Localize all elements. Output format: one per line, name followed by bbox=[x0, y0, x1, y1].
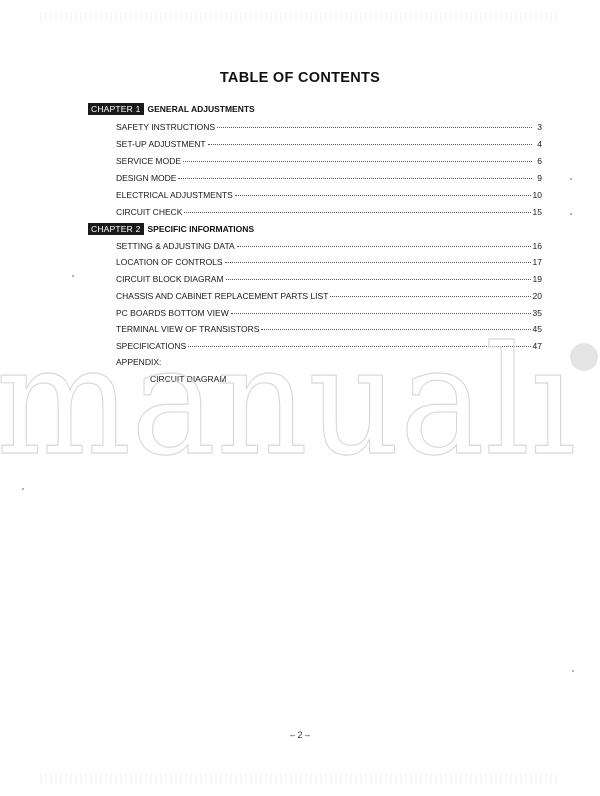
leader-dots bbox=[178, 178, 532, 179]
appendix-label: APPENDIX: bbox=[116, 357, 161, 367]
scan-speck bbox=[72, 275, 74, 277]
toc-entry[interactable]: SETTING & ADJUSTING DATA 16 bbox=[116, 241, 542, 251]
toc-entry[interactable]: PC BOARDS BOTTOM VIEW 35 bbox=[116, 308, 542, 318]
toc-entry-label: SPECIFICATIONS bbox=[116, 341, 186, 351]
scan-speck bbox=[572, 670, 574, 672]
leader-dots bbox=[183, 161, 532, 162]
toc-entry-page: 16 bbox=[533, 241, 542, 251]
toc-entry-page: 20 bbox=[533, 291, 542, 301]
scan-speck bbox=[570, 178, 572, 180]
toc-entry-page: 45 bbox=[533, 324, 542, 334]
toc-entry-label: CIRCUIT CHECK bbox=[116, 207, 182, 217]
toc-entry[interactable]: SERVICE MODE 6 bbox=[116, 156, 542, 166]
toc-entry-page: 35 bbox=[533, 308, 542, 318]
toc-entry-label: TERMINAL VIEW OF TRANSISTORS bbox=[116, 324, 259, 334]
watermark-manuali: manualı bbox=[0, 335, 600, 485]
leader-dots bbox=[225, 262, 531, 263]
toc-entry-page: 17 bbox=[533, 257, 542, 267]
toc-entry[interactable]: SET-UP ADJUSTMENT 4 bbox=[116, 139, 542, 149]
toc-entry-page: 9 bbox=[534, 173, 542, 183]
leader-dots bbox=[237, 246, 531, 247]
toc-entry-page: 47 bbox=[533, 341, 542, 351]
toc-entry[interactable]: CIRCUIT BLOCK DIAGRAM 19 bbox=[116, 274, 542, 284]
leader-dots bbox=[231, 313, 531, 314]
toc-entry-page: 19 bbox=[533, 274, 542, 284]
leader-dots bbox=[235, 195, 531, 196]
scan-noise-bottom bbox=[40, 774, 560, 784]
toc-entry[interactable]: SPECIFICATIONS 47 bbox=[116, 341, 542, 351]
leader-dots bbox=[188, 346, 530, 347]
toc-entry-page: 4 bbox=[534, 139, 542, 149]
toc-entry-label: ELECTRICAL ADJUSTMENTS bbox=[116, 190, 233, 200]
chapter-1-badge: CHAPTER 1 bbox=[88, 103, 144, 115]
scan-speck bbox=[570, 213, 572, 215]
appendix-item-circuit-diagram[interactable]: CIRCUIT DIAGRAM bbox=[150, 374, 226, 384]
leader-dots bbox=[208, 144, 532, 145]
leader-dots bbox=[261, 329, 530, 330]
toc-entry[interactable]: TERMINAL VIEW OF TRANSISTORS 45 bbox=[116, 324, 542, 334]
toc-entry-page: 3 bbox=[534, 122, 542, 132]
svg-text:manualı: manualı bbox=[0, 335, 576, 485]
toc-entry-label: CIRCUIT BLOCK DIAGRAM bbox=[116, 274, 224, 284]
toc-entry-label: DESIGN MODE bbox=[116, 173, 176, 183]
toc-entry-label: PC BOARDS BOTTOM VIEW bbox=[116, 308, 229, 318]
toc-entry-page: 15 bbox=[533, 207, 542, 217]
toc-entry[interactable]: CHASSIS AND CABINET REPLACEMENT PARTS LI… bbox=[116, 291, 542, 301]
toc-entry-label: SAFETY INSTRUCTIONS bbox=[116, 122, 215, 132]
leader-dots bbox=[217, 127, 532, 128]
leader-dots bbox=[330, 296, 530, 297]
toc-entry-page: 10 bbox=[533, 190, 542, 200]
chapter-1-title: GENERAL ADJUSTMENTS bbox=[148, 104, 255, 114]
toc-entry[interactable]: DESIGN MODE 9 bbox=[116, 173, 542, 183]
chapter-1-heading: CHAPTER 1 GENERAL ADJUSTMENTS bbox=[88, 103, 255, 115]
leader-dots bbox=[226, 279, 531, 280]
scan-noise-top bbox=[40, 12, 560, 22]
toc-entry[interactable]: ELECTRICAL ADJUSTMENTS 10 bbox=[116, 190, 542, 200]
toc-entry-page: 6 bbox=[534, 156, 542, 166]
leader-dots bbox=[184, 212, 530, 213]
page-title: TABLE OF CONTENTS bbox=[0, 70, 600, 86]
page-number: – 2 – bbox=[0, 730, 600, 740]
chapter-2-badge: CHAPTER 2 bbox=[88, 223, 144, 235]
chapter-2-title: SPECIFIC INFORMATIONS bbox=[148, 224, 255, 234]
toc-entry-label: CHASSIS AND CABINET REPLACEMENT PARTS LI… bbox=[116, 291, 328, 301]
toc-entry-label: SET-UP ADJUSTMENT bbox=[116, 139, 206, 149]
toc-entry[interactable]: CIRCUIT CHECK 15 bbox=[116, 207, 542, 217]
toc-entry-label: LOCATION OF CONTROLS bbox=[116, 257, 223, 267]
toc-entry-label: SERVICE MODE bbox=[116, 156, 181, 166]
chapter-2-heading: CHAPTER 2 SPECIFIC INFORMATIONS bbox=[88, 223, 254, 235]
toc-entry[interactable]: SAFETY INSTRUCTIONS 3 bbox=[116, 122, 542, 132]
toc-entry-label: SETTING & ADJUSTING DATA bbox=[116, 241, 235, 251]
scan-speck bbox=[22, 488, 24, 490]
watermark-dot bbox=[570, 343, 598, 371]
toc-entry[interactable]: LOCATION OF CONTROLS 17 bbox=[116, 257, 542, 267]
